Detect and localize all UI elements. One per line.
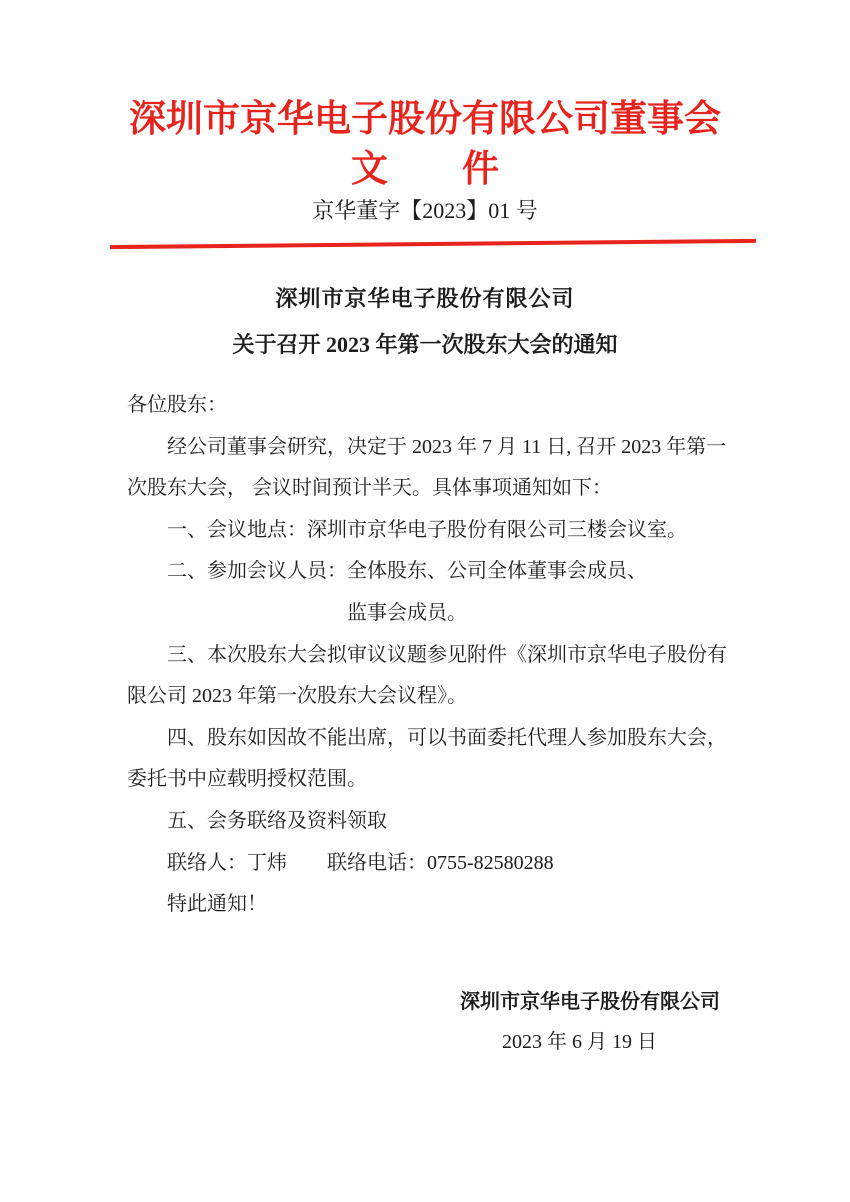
body-line: 五、会务联络及资料领取 [127,801,757,843]
body-line: 特此通知！ [127,884,757,926]
body-line: 联络人：丁炜 联络电话：0755-82580288 [127,843,757,885]
doc-number: 京华董字【2023】01 号 [0,196,850,226]
body-line: 限公司 2023 年第一次股东大会议程》。 [127,676,757,718]
notice-company-title: 深圳市京华电子股份有限公司 [0,284,850,314]
body-line: 四、股东如因故不能出席，可以书面委托代理人参加股东大会， [127,718,757,760]
red-divider-rule [110,239,756,249]
body-line: 经公司董事会研究，决定于 2023 年 7 月 11 日, 召开 2023 年第… [127,427,757,469]
body-line: 各位股东： [127,385,757,427]
body-line: 次股东大会， 会议时间预计半天。具体事项通知如下： [127,468,757,510]
notice-subject-title: 关于召开 2023 年第一次股东大会的通知 [0,330,850,360]
body-line: 三、本次股东大会拟审议议题参见附件《深圳市京华电子股份有 [127,635,757,677]
signature-company: 深圳市京华电子股份有限公司 [460,988,720,1016]
letterhead-doc-word: 文 件 [0,146,850,194]
document-page: 深圳市京华电子股份有限公司董事会 文 件 京华董字【2023】01 号 深圳市京… [0,0,850,1202]
signature-date: 2023 年 6 月 19 日 [502,1028,657,1056]
body-line: 二、参加会议人员：全体股东、公司全体董事会成员、 [127,551,757,593]
letterhead-org-title: 深圳市京华电子股份有限公司董事会 [0,96,850,144]
body-line: 委托书中应载明授权范围。 [127,759,757,801]
body-line: 一、会议地点：深圳市京华电子股份有限公司三楼会议室。 [127,510,757,552]
notice-body: 各位股东： 经公司董事会研究，决定于 2023 年 7 月 11 日, 召开 2… [127,385,757,926]
body-line: 监事会成员。 [127,593,757,635]
